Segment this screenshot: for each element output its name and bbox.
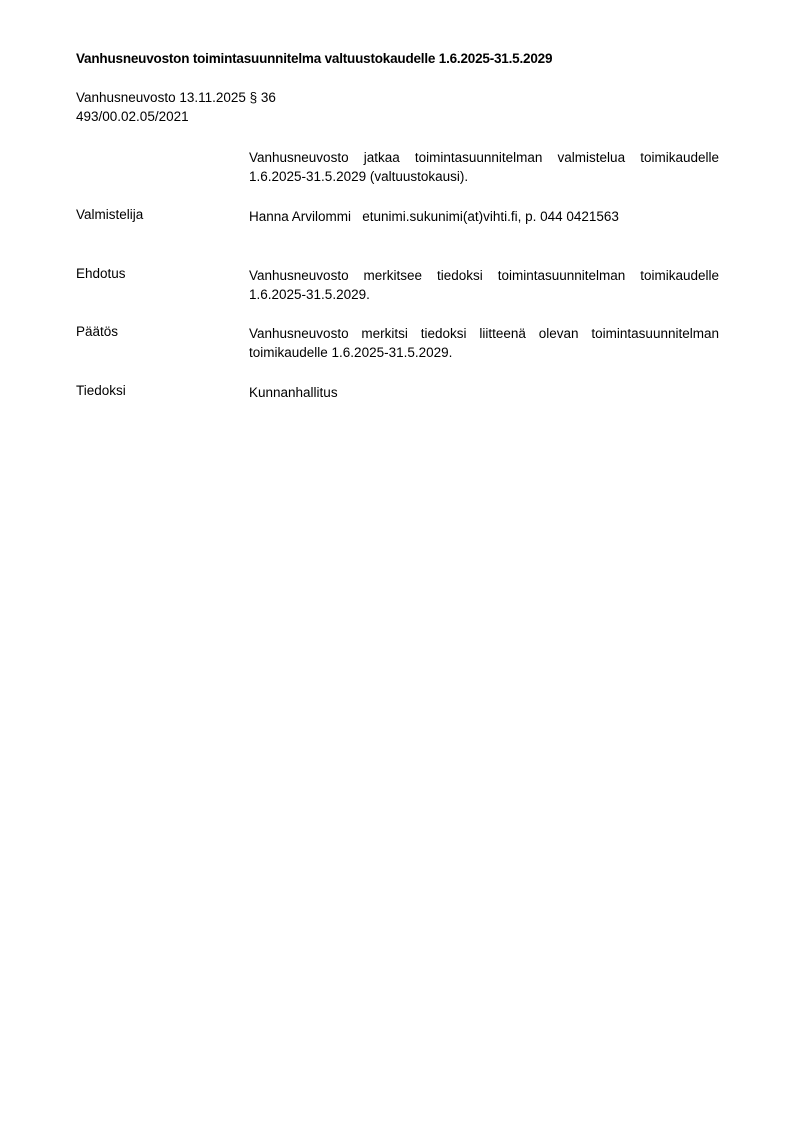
- section-label-valmistelija: Valmistelija: [76, 207, 143, 222]
- intro-paragraph: Vanhusneuvosto jatkaa toimintasuunnitelm…: [249, 148, 719, 186]
- proposal-line: 1.6.2025-31.5.2029.: [249, 285, 719, 304]
- section-text-paatos: Vanhusneuvosto merkitsi tiedoksi liittee…: [249, 324, 719, 362]
- proposal-line: Vanhusneuvosto merkitsee tiedoksi toimin…: [249, 266, 719, 285]
- section-label-tiedoksi: Tiedoksi: [76, 383, 126, 398]
- decision-line: Vanhusneuvosto merkitsi tiedoksi liittee…: [249, 324, 719, 343]
- section-text-tiedoksi: Kunnanhallitus: [249, 383, 719, 402]
- section-text-ehdotus: Vanhusneuvosto merkitsee tiedoksi toimin…: [249, 266, 719, 304]
- intro-line: Vanhusneuvosto jatkaa toimintasuunnitelm…: [249, 148, 719, 167]
- section-text-valmistelija: Hanna Arvilommi etunimi.sukunimi(at)viht…: [249, 207, 719, 226]
- preparer-contact: Hanna Arvilommi etunimi.sukunimi(at)viht…: [249, 207, 719, 226]
- section-label-ehdotus: Ehdotus: [76, 266, 126, 281]
- record-number: 493/00.02.05/2021: [76, 109, 189, 124]
- document-title: Vanhusneuvoston toimintasuunnitelma valt…: [76, 51, 552, 66]
- document-page: Vanhusneuvoston toimintasuunnitelma valt…: [0, 0, 794, 1122]
- intro-line: 1.6.2025-31.5.2029 (valtuustokausi).: [249, 167, 719, 186]
- meeting-reference: Vanhusneuvosto 13.11.2025 § 36: [76, 90, 276, 105]
- decision-line: toimikaudelle 1.6.2025-31.5.2029.: [249, 343, 719, 362]
- section-label-paatos: Päätös: [76, 324, 118, 339]
- distribution-recipient: Kunnanhallitus: [249, 383, 719, 402]
